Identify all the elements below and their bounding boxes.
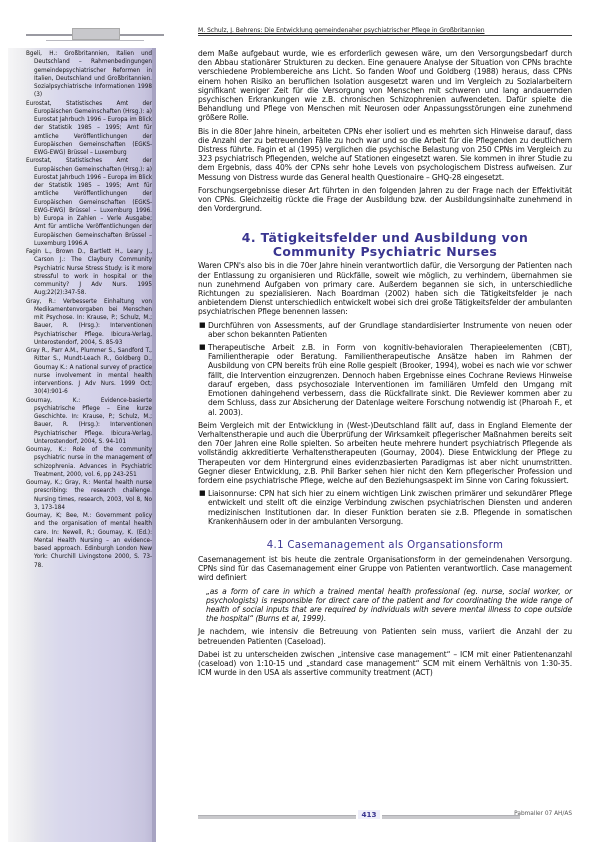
footer-rule-right xyxy=(382,815,520,819)
bullet-list: ■Liaisonnurse: CPN hat sich hier zu eine… xyxy=(198,489,572,526)
bullet-icon: ■ xyxy=(199,489,206,498)
main-column: dem Maße aufgebaut wurde, wie es erforde… xyxy=(198,49,572,681)
reference-item: Eurostat, Statistisches Amt der Europäis… xyxy=(26,100,152,158)
body-paragraph: Casemanagement ist bis heute die zentral… xyxy=(198,555,572,583)
body-paragraph: Je nachdem, wie intensiv die Betreuung v… xyxy=(198,627,572,645)
journal-name: Pabmaller 07 AH/AS xyxy=(514,811,572,817)
reference-item: Gournay, K.; Gray, R.: Mental health nur… xyxy=(26,479,152,512)
footer-rule-left xyxy=(198,815,356,819)
page-number: 413 xyxy=(358,810,380,819)
reference-item: Gournay, K; Bee, M.: Government policy a… xyxy=(26,512,152,570)
body-paragraph: Forschungsergebnisse dieser Art führten … xyxy=(198,186,572,214)
logo-subrule xyxy=(46,40,144,41)
body-paragraph: Waren CPN's also bis in die 70er Jahre h… xyxy=(198,261,572,316)
block-quote: „as a form of care in which a trained me… xyxy=(198,587,572,624)
section-heading-4-1: 4.1 Casemanagement als Organsationsform xyxy=(198,540,572,552)
body-paragraph: Dabei ist zu unterscheiden zwischen „int… xyxy=(198,650,572,678)
bullet-text: Therapeutische Arbeit z.B. in Form von k… xyxy=(208,343,572,416)
reference-item: Gournay, K.: Evidence-basierte psychiatr… xyxy=(26,397,152,447)
section-heading-line: 4. Tätigkeitsfelder und Ausbildung von xyxy=(198,231,572,245)
bullet-item: ■Durchführen von Assessments, auf der Gr… xyxy=(198,321,572,339)
sidebar-edge xyxy=(152,48,156,842)
reference-list: Bgeli, H.: Großbritannien, Italien und D… xyxy=(26,50,152,570)
logo-box xyxy=(72,28,120,40)
reference-item: Fagin L., Brown D., Bartlett H., Leary J… xyxy=(26,248,152,298)
body-paragraph: dem Maße aufgebaut wurde, wie es erforde… xyxy=(198,49,572,123)
reference-item: Eurostat, Statistisches Amt der Europäis… xyxy=(26,157,152,248)
body-paragraph: Bis in die 80er Jahre hinein, arbeiteten… xyxy=(198,127,572,182)
running-head: M. Schulz, J. Behrens: Die Entwicklung g… xyxy=(198,27,572,36)
journal-logo xyxy=(26,26,164,42)
reference-item: Gournay, K.: Role of the community psych… xyxy=(26,446,152,479)
section-heading-4: 4. Tätigkeitsfelder und Ausbildung von C… xyxy=(198,231,572,258)
bullet-item: ■Liaisonnurse: CPN hat sich hier zu eine… xyxy=(198,489,572,526)
reference-item: Gray, R.: Verbesserte Einhaltung von Med… xyxy=(26,298,152,348)
bullet-text: Liaisonnurse: CPN hat sich hier zu einem… xyxy=(208,489,572,526)
bullet-item: ■Therapeutische Arbeit z.B. in Form von … xyxy=(198,343,572,417)
bullet-icon: ■ xyxy=(199,343,206,352)
body-paragraph: Beim Vergleich mit der Entwicklung in (W… xyxy=(198,421,572,485)
reference-item: Bgeli, H.: Großbritannien, Italien und D… xyxy=(26,50,152,100)
page-footer: 413 Pabmaller 07 AH/AS xyxy=(198,811,572,821)
section-heading-line: Community Psychiatric Nurses xyxy=(198,245,572,259)
reference-item: Gray R., Parr A.M., Plummer S., Sandford… xyxy=(26,347,152,397)
bullet-text: Durchführen von Assessments, auf der Gru… xyxy=(208,321,572,339)
bullet-icon: ■ xyxy=(199,321,206,330)
bullet-list: ■Durchführen von Assessments, auf der Gr… xyxy=(198,321,572,417)
